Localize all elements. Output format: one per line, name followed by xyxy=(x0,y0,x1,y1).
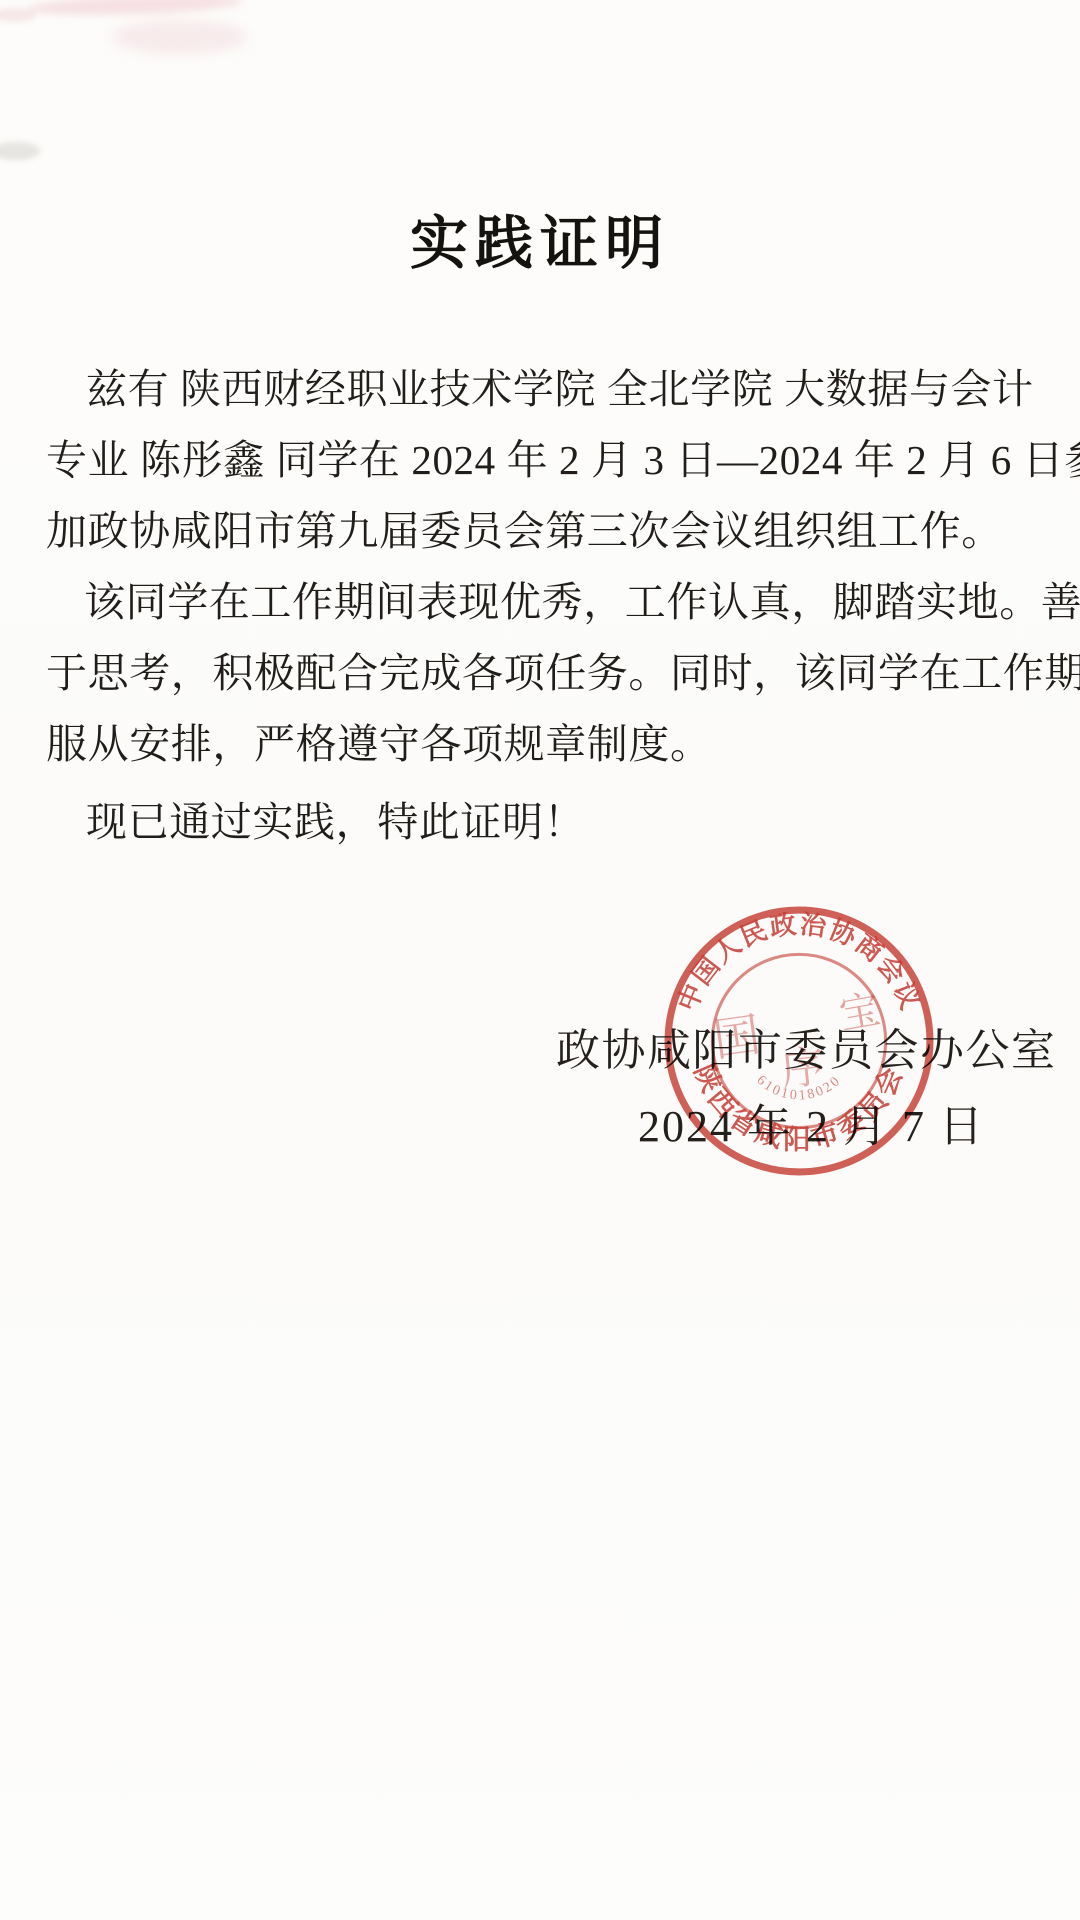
ink-smudge xyxy=(28,0,243,18)
body-line-6: 服从安排，严格遵守各项规章制度。 xyxy=(46,711,712,770)
body-line-4: 该同学在工作期间表现优秀，工作认真，脚踏实地。善 xyxy=(84,569,1080,628)
seal-center-glyph-3: 宝 xyxy=(836,987,883,1038)
certificate-page: 实践证明 兹有 陕西财经职业技术学院 全北学院 大数据与会计 专业 陈彤鑫 同学… xyxy=(0,0,1080,1920)
official-seal-stamp: 中国人民政治协商会议 陕西省咸阳市委员会 6101018020 国 序 宝 xyxy=(658,900,940,1182)
seal-top-arc-text: 中国人民政治协商会议 xyxy=(673,910,925,1016)
ink-smudge xyxy=(0,142,40,160)
body-line-1: 兹有 陕西财经职业技术学院 全北学院 大数据与会计 xyxy=(86,356,1034,415)
body-line-2: 专业 陈彤鑫 同学在 2024 年 2 月 3 日—2024 年 2 月 6 日… xyxy=(46,427,1080,486)
body-line-3: 加政协咸阳市第九届委员会第三次会议组织组工作。 xyxy=(46,498,1003,557)
body-line-7: 现已通过实践，特此证明！ xyxy=(86,789,585,848)
seal-center-glyph-2: 序 xyxy=(779,1042,828,1095)
ink-smudge xyxy=(0,8,36,22)
ink-smudge xyxy=(112,20,247,54)
body-line-5: 于思考，积极配合完成各项任务。同时，该同学在工作期间 xyxy=(46,640,1080,699)
seal-center-glyph-1: 国 xyxy=(710,1010,763,1067)
document-title: 实践证明 xyxy=(0,196,1080,280)
